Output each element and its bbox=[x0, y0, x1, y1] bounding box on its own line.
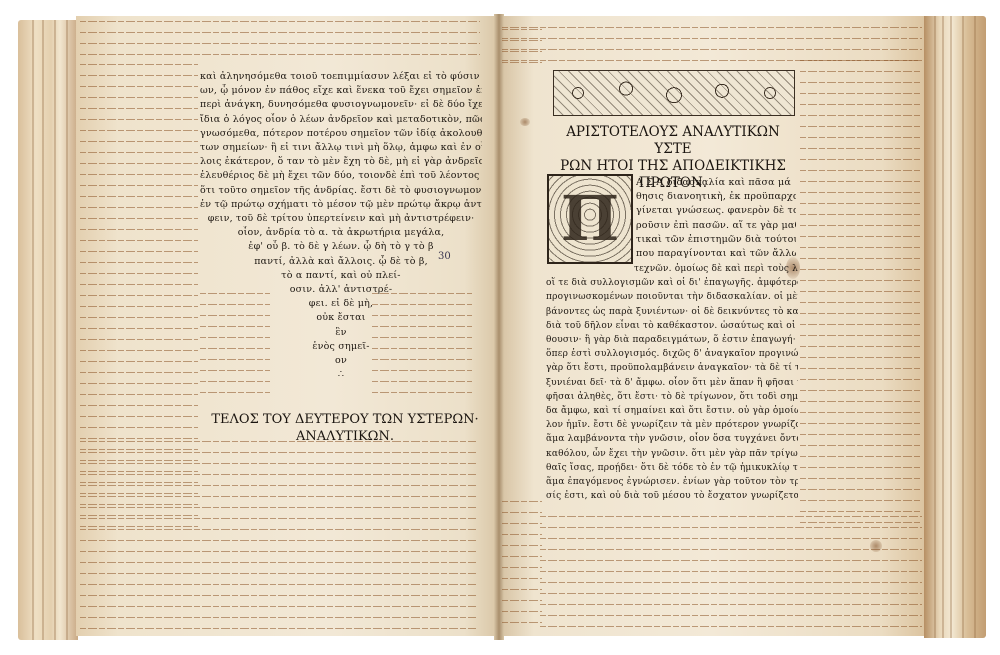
text-line: βάνοντες ὡς παρὰ ξυνιέντων· οἱ δὲ δεικνύ… bbox=[546, 305, 798, 319]
marginalia-left-top bbox=[80, 18, 480, 62]
colophon: ΤΕΛΟΣ ΤΟΥ ΔΕΥΤΕΡΟΥ ΤΩΝ ΥΣΤΕΡΩΝ· ΑΝΑΛΥΤΙΚ… bbox=[205, 411, 485, 445]
text-line: καθόλου, ὧν ἔχει τὴν γνῶσιν. ὅτι μὲν γὰρ… bbox=[546, 447, 798, 461]
text-line: καὶ ἀληνησόμεθα τοιοῦ τοεπιμμίασυν λέξαι… bbox=[200, 70, 482, 84]
text-line: περὶ ἀνάγκη, δυνησόμεθα φυσιογνωμονεῖν· … bbox=[200, 98, 482, 112]
text-line: οἷον, ἀνδρία τὸ α. τὰ ἀκρωτήρια μεγάλα, bbox=[200, 226, 482, 240]
title-line-2: ΡΩΝ ΗΤΟΙ ΤΗΣ ΑΠΟΔΕΙΚΤΙΚΗΣ bbox=[548, 158, 798, 175]
marginalia-right-bottom bbox=[540, 510, 922, 634]
right-page-edges bbox=[924, 16, 986, 638]
decorative-headpiece bbox=[553, 70, 795, 116]
text-line: ων, ᾧ μόνον ἐν πάθος εἴχε καὶ ἕνεκα τοῦ … bbox=[200, 84, 482, 98]
text-line: οὐκ ἔσται bbox=[200, 311, 482, 325]
text-line: οσιν. ἀλλ' ἀντιστρέ- bbox=[200, 283, 482, 297]
marginalia-right-outer bbox=[800, 60, 922, 530]
colophon-line-2: ΑΝΑΛΥΤΙΚΩΝ. bbox=[205, 428, 485, 445]
text-line: δα ἄμφω, καὶ τί σημαίνει καὶ ὅτι ἔστιν. … bbox=[546, 404, 798, 418]
text-line: τικαὶ τῶν ἐπιστημῶν διὰ τούτου τοῦ τρό bbox=[636, 233, 796, 247]
text-line: διὰ τοῦ δῆλον εἶναι τὸ καθέκαστον. ὡσαύτ… bbox=[546, 319, 798, 333]
text-line: προγινωσκομένων ποιοῦνται τὴν διδασκαλία… bbox=[546, 290, 798, 304]
text-line: ξυνιέναι δεῖ· τὰ δ' ἄμφω. οἷον ὅτι μὲν ἅ… bbox=[546, 376, 798, 390]
text-line: σίς ἐστι, καὶ οὐ διὰ τοῦ μέσου τὸ ἔσχατο… bbox=[546, 489, 798, 503]
title-line-1: ΑΡΙΣΤΟΤΕΛΟΥΣ ΑΝΑΛΥΤΙΚΩΝ ΥΣΤΕ bbox=[548, 124, 798, 158]
right-page-text-beside-initial: Α Σ Α διδασκαλία καὶ πᾶσα μά θησις διανο… bbox=[636, 176, 796, 261]
text-line: ροῦσιν ἐπὶ πασῶν. αἵ τε γὰρ μαθημα bbox=[636, 219, 796, 233]
text-line: λοις ἑκάτερον, ὅ ταν τὸ μὲν ἔχη τὸ δὲ, μ… bbox=[200, 155, 482, 169]
initial-letter: Π bbox=[549, 184, 631, 254]
marginalia-left-bottom bbox=[80, 440, 476, 636]
text-line: ἐν τῷ πρώτῳ σχήματι τὸ μέσον τῷ μὲν πρώτ… bbox=[200, 198, 482, 212]
text-line: γνωσόμεθα, πότερον ποτέρου σημεῖον τῶν ἰ… bbox=[200, 127, 482, 141]
text-line: θουσιν· ἢ γὰρ διὰ παραδειγμάτων, ὅ ἐστιν… bbox=[546, 333, 798, 347]
text-line: ὅτι τοῦτο σημεῖον τῆς ἀνδρίας. ἔστι δὲ τ… bbox=[200, 184, 482, 198]
text-line: λον ἡμῖν. ἔστι δὲ γνωρίζειν τὰ μὲν πρότε… bbox=[546, 418, 798, 432]
text-line: ἑνὸς σημεῖ- bbox=[200, 340, 482, 354]
text-line: τεχνῶν. ὁμοίως δὲ καὶ περὶ τοὺς λόγους, bbox=[546, 262, 798, 276]
text-line: ον bbox=[200, 354, 482, 368]
text-line: θαῖς ἴσας, προῄδει· ὅτι δὲ τόδε τὸ ἐν τῷ… bbox=[546, 461, 798, 475]
left-page-printed-text: καὶ ἀληνησόμεθα τοιοῦ τοεπιμμίασυν λέξαι… bbox=[200, 70, 482, 382]
text-line: τὸ α παντί, καὶ οὐ πλεί- bbox=[200, 269, 482, 283]
colophon-line-1: ΤΕΛΟΣ ΤΟΥ ΔΕΥΤΕΡΟΥ ΤΩΝ ΥΣΤΕΡΩΝ· bbox=[205, 411, 485, 428]
marginalia-right-inner-bottom bbox=[502, 500, 542, 630]
ink-stain bbox=[870, 540, 882, 552]
decorated-initial: Π bbox=[547, 174, 633, 264]
ink-stain bbox=[520, 118, 530, 126]
text-line: θησις διανοητικὴ, ἐκ προϋπαρχούσης bbox=[636, 190, 796, 204]
text-line: γὰρ ὅτι ἔστι, προϋπολαμβάνειν ἀναγκαῖον·… bbox=[546, 361, 798, 375]
text-line: που παραγίνονται καὶ τῶν ἄλλων ἑκάστη bbox=[636, 247, 796, 261]
text-line: ἐλευθέριος δὲ μὴ ἔχει τῶν δύο, τοιονδὲ ἐ… bbox=[200, 169, 482, 183]
text-line: ὅπερ ἐστὶ συλλογισμός. διχῶς δ' ἀναγκαῖο… bbox=[546, 347, 798, 361]
text-line: φει. εἰ δὲ μὴ, bbox=[200, 297, 482, 311]
text-line: των σημείων· ἢ εἰ τινι ἄλλῳ τινὶ μὴ ὅλῳ,… bbox=[200, 141, 482, 155]
marginalia-right-inner-top bbox=[502, 20, 542, 70]
text-line: ἅμα λαμβάνοντα τὴν γνῶσιν, οἷον ὅσα τυγχ… bbox=[546, 432, 798, 446]
text-line: ἅμα ἐπαγόμενος ἐγνώρισεν. ἐνίων γὰρ τοῦτ… bbox=[546, 475, 798, 489]
margin-numeral: 30 bbox=[438, 250, 451, 264]
text-line: ἴδια ὁ λόγος οἷον ὁ λέων ἀνδρεῖον καὶ με… bbox=[200, 113, 482, 127]
text-line: φειν, τοῦ δὲ τρίτου ὑπερτείνειν καὶ μὴ ἀ… bbox=[200, 212, 482, 226]
left-page-edges bbox=[18, 20, 78, 640]
text-line: Α Σ Α διδασκαλία καὶ πᾶσα μά bbox=[636, 176, 796, 190]
text-line: φῆσαι ἀληθὲς, ὅτι ἔστι· τὸ δὲ τρίγωνον, … bbox=[546, 390, 798, 404]
text-line: γίνεται γνώσεως. φανερὸν δὲ τοῦτο θεω bbox=[636, 204, 796, 218]
text-line: οἵ τε διὰ συλλογισμῶν καὶ οἱ δι' ἐπαγωγῆ… bbox=[546, 276, 798, 290]
right-page-printed-text: τεχνῶν. ὁμοίως δὲ καὶ περὶ τοὺς λόγους, … bbox=[546, 262, 798, 503]
text-line: ∴ bbox=[200, 368, 482, 382]
text-line: ἓν bbox=[200, 326, 482, 340]
